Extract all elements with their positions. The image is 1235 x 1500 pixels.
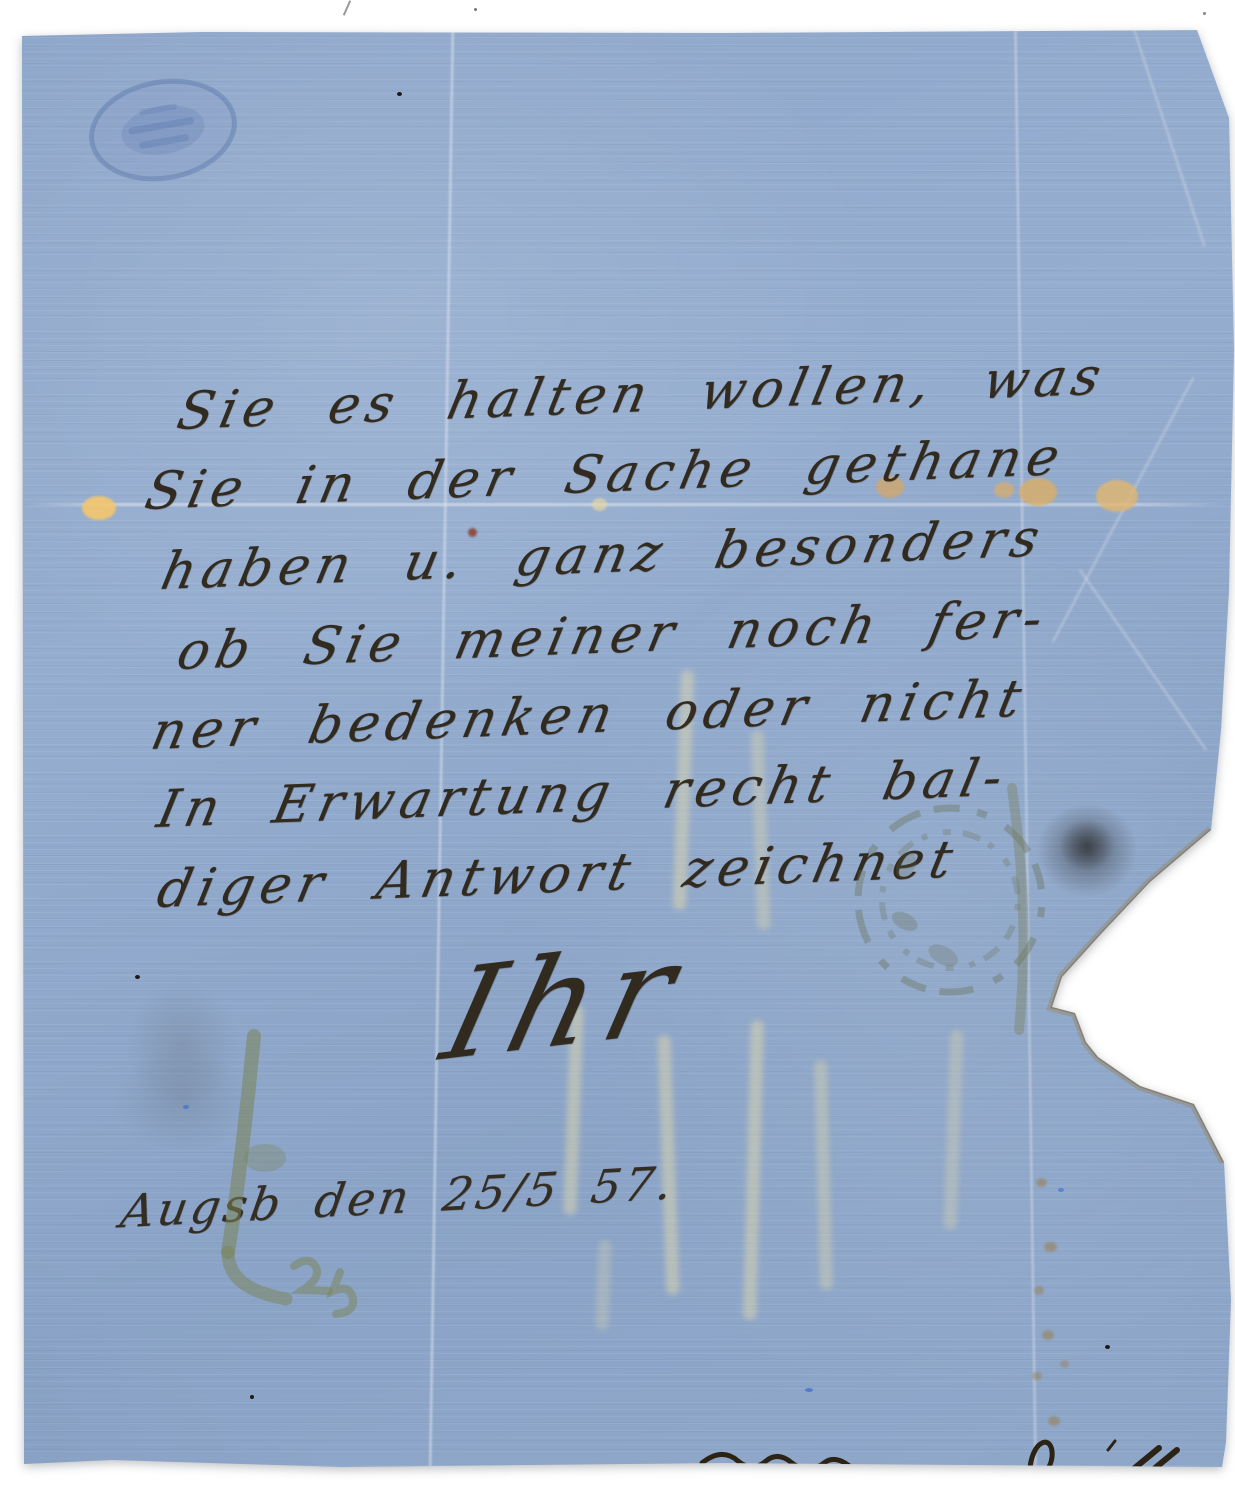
ink-bleedthrough-streak [814, 1060, 833, 1290]
blind-emboss-stamp-icon [84, 70, 242, 190]
handwriting-line-7: diger Antwort zeichnet [152, 830, 964, 920]
handwriting-line-3: haben u. ganz besonders [156, 508, 1050, 602]
foxing-dot [1032, 1372, 1042, 1380]
foxing-dot [1034, 1286, 1044, 1295]
scan-dust-speck [1203, 12, 1206, 15]
handwriting-line-5: ner bedenken oder nicht [146, 669, 1032, 762]
handwriting-line-1: Sie es halten wollen, was [172, 347, 1112, 442]
scan-scratch-mark [343, 0, 351, 15]
ink-speck [397, 92, 402, 96]
foxing-dot [1048, 1416, 1060, 1426]
dateline: Augsb den 25/5 57. [117, 1156, 679, 1239]
cutoff-handwriting-strokes [702, 1441, 1177, 1468]
scan-dust-speck [474, 8, 477, 11]
scanned-letter-page: Sie es halten wollen, was Sie in der Sac… [0, 0, 1235, 1500]
ink-bleedthrough-streak [595, 1240, 611, 1330]
ink-speck [250, 1395, 254, 1399]
ink-bleedthrough-streak [743, 1020, 764, 1320]
crease-line [1079, 569, 1207, 750]
handwriting-line-4: ob Sie meiner noch fer- [172, 589, 1054, 682]
ink-speck [1105, 1345, 1110, 1349]
foxing-dot [1036, 1178, 1047, 1187]
ink-bleedthrough-streak [944, 1030, 964, 1230]
ink-smudge-blob [1017, 785, 1157, 915]
fold-line-vertical-right [1014, 18, 1037, 1480]
handwriting-line-6: In Erwartung recht bal- [152, 748, 1014, 840]
ink-speck [135, 975, 140, 979]
blue-ink-speck [1058, 1188, 1064, 1192]
stain-spot [1096, 480, 1138, 512]
tear-edge-tint [1052, 830, 1224, 1162]
blue-ink-speck [805, 1388, 813, 1392]
olive-streak [1012, 788, 1023, 1030]
stain-spot [82, 496, 116, 520]
blue-ink-speck [183, 1105, 189, 1109]
foxing-dot [1042, 1330, 1054, 1340]
foxing-dot [1044, 1242, 1057, 1252]
foxing-dot [1060, 1360, 1069, 1368]
crease-line [1133, 27, 1206, 246]
grey-smudge [92, 1030, 272, 1170]
ink-smudge-blob-core [1052, 812, 1122, 878]
grey-smudge [107, 960, 257, 1130]
letter-sheet: Sie es halten wollen, was Sie in der Sac… [22, 30, 1234, 1468]
letter-sheet-wrapper: Sie es halten wollen, was Sie in der Sac… [22, 30, 1234, 1468]
